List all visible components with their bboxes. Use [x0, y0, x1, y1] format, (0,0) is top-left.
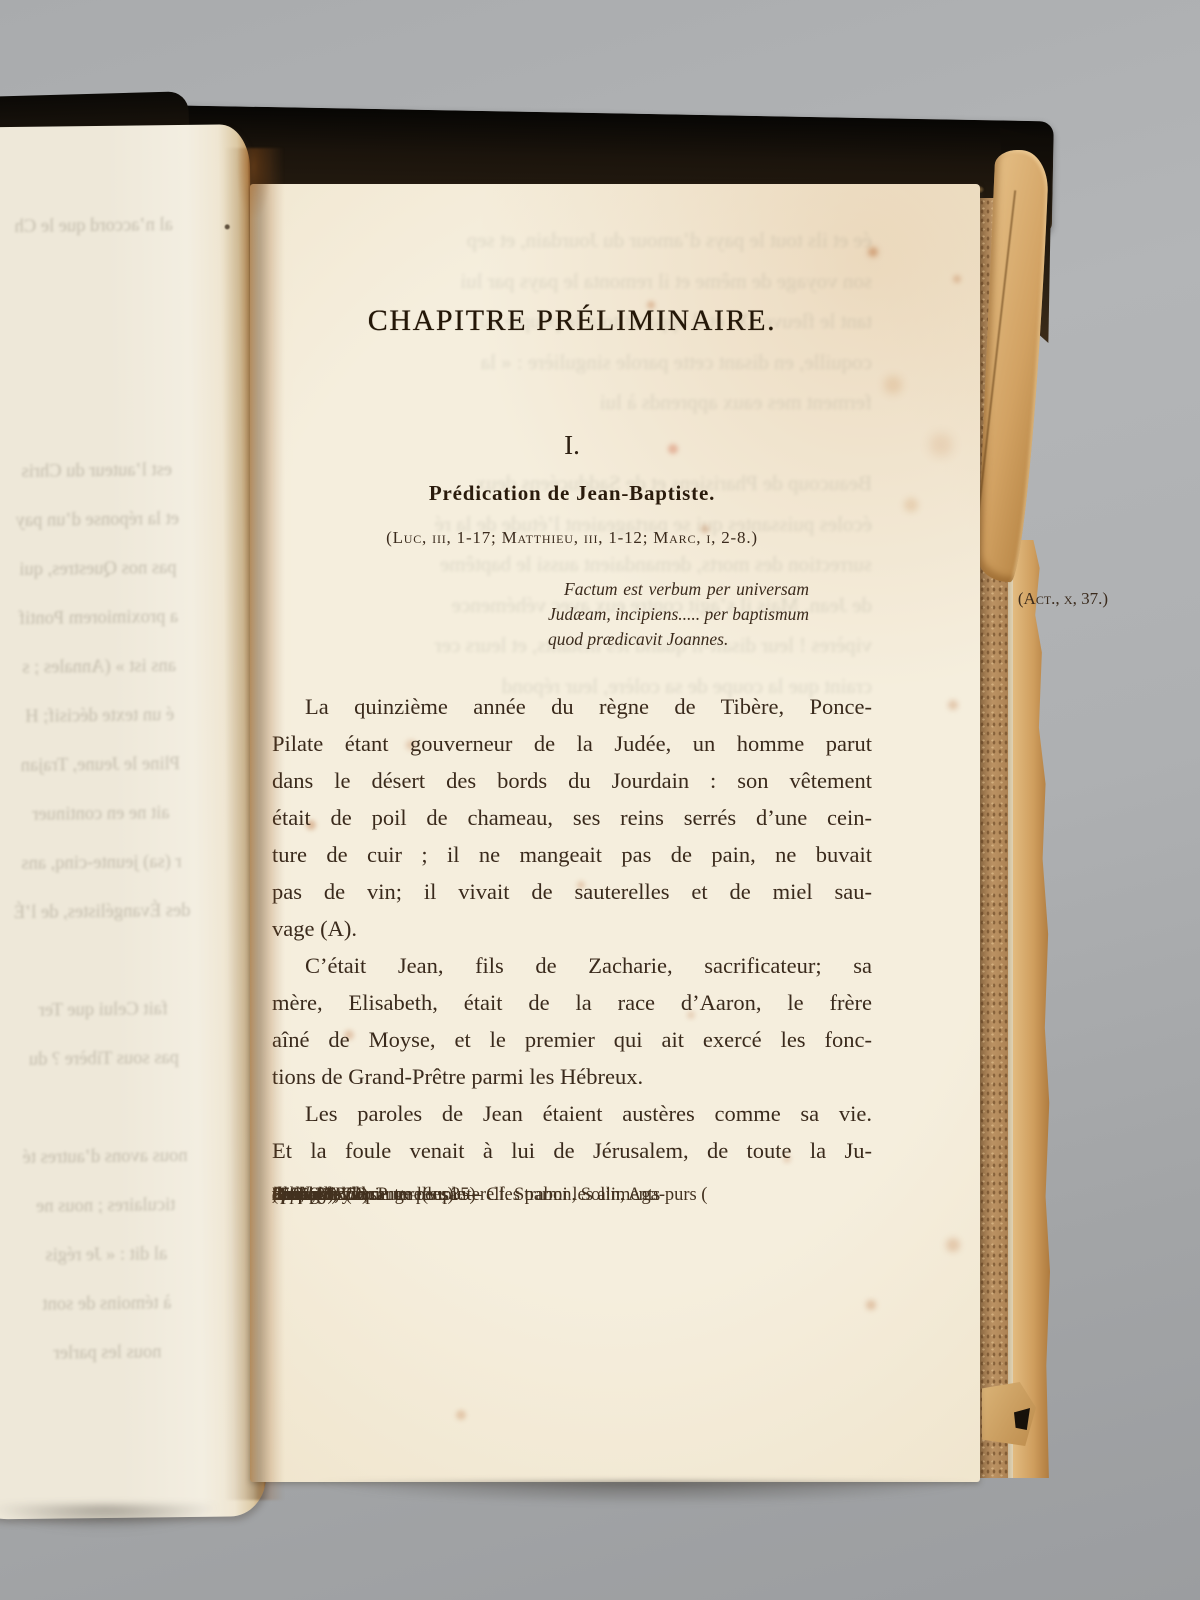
paragraph: C’était Jean, fils de Zacharie, sacrific…	[272, 947, 872, 1095]
epigraph-lines: Factum est verbum per universamJudæam, i…	[548, 577, 809, 652]
epigraph: Factum est verbum per universamJudæam, i…	[548, 577, 1148, 611]
paragraph: La quinzième année du règne de Tibère, P…	[272, 688, 872, 947]
chapter-title: CHAPITRE PRÉLIMINAIRE.	[272, 304, 872, 338]
section-number: I.	[272, 430, 872, 461]
section-heading: Prédication de Jean-Baptiste.	[272, 481, 872, 506]
paragraph: Les paroles de Jean étaient austères com…	[272, 1095, 872, 1169]
gutter-shadow	[224, 148, 284, 1500]
body-text: La quinzième année du règne de Tibère, P…	[272, 688, 872, 1169]
show-through-text: al n’accord que le Ch est l’auteur du Ch…	[0, 200, 233, 1379]
page-shadow	[256, 1481, 1034, 1509]
page-shadow	[0, 1505, 240, 1537]
page-text-block: CHAPITRE PRÉLIMINAIRE. I. Prédication de…	[272, 184, 872, 1482]
photo-backdrop: al n’accord que le Ch est l’auteur du Ch…	[0, 0, 1200, 1600]
book-page: ée et ils tout le pays d’amour du Jourda…	[250, 184, 980, 1482]
scripture-references: (Luc, iii, 1-17; Matthieu, iii, 1-12; Ma…	[272, 528, 872, 548]
torn-flyleaf-edge	[1013, 540, 1050, 1478]
